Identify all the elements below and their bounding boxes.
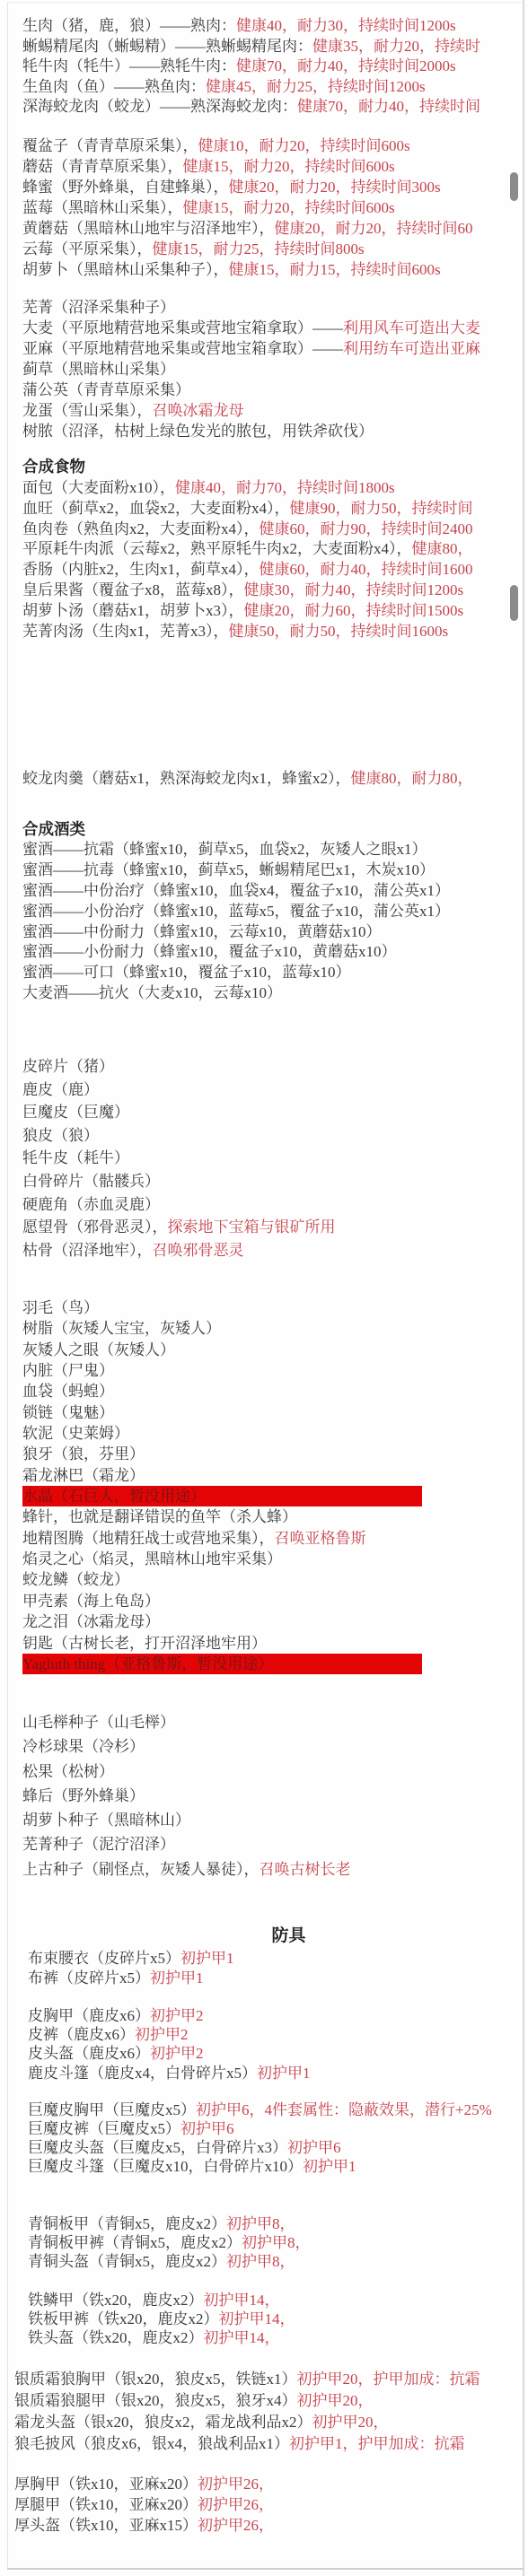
item-text: 蒲公英（青青草原采集） <box>22 381 190 398</box>
item-text: 云莓（平原采集）， <box>22 240 153 258</box>
list-line: 面包（大麦面粉x10），健康40，耐力70，持续时间1800s <box>22 478 524 499</box>
stat-text: 召唤亚格鲁斯 <box>275 1530 366 1547</box>
item-text: 鱼肉卷（熟鱼肉x2，大麦面粉x4）， <box>22 520 260 537</box>
item-text: 青铜板甲（青铜x5，鹿皮x2） <box>28 2215 226 2232</box>
item-text: 枯骨（沼泽地牢）， <box>22 1242 153 1259</box>
item-text: 皮裤（鹿皮x6） <box>28 2026 135 2043</box>
stat-text: 健康35，耐力20，持续时 <box>312 38 480 55</box>
list-line: 布裤（皮碎片x5）初护甲1 <box>28 1969 524 1988</box>
stat-text: 召唤冰霜龙母 <box>153 402 244 419</box>
item-text: 上古种子（刷怪点，灰矮人暴徒）， <box>22 1861 260 1878</box>
list-line: 蓝莓（黑暗林山采集），健康15，耐力20，持续时间600s <box>22 197 524 218</box>
item-text: 血袋（蚂蝗） <box>22 1383 114 1400</box>
stat-text: 健康15，耐力25，持续时间800s <box>153 240 365 258</box>
item-text: 蜜酒——小份治疗（蜂蜜x10，蓝莓x5，覆盆子x10，蒲公英x1） <box>22 903 450 920</box>
list-line: 蜥蜴精尾肉（蜥蜴精）——熟蜥蜴精尾肉：健康35，耐力20，持续时 <box>22 37 524 57</box>
list-line: 上古种子（刷怪点，灰矮人暴徒），召唤古树长老 <box>22 1857 524 1882</box>
item-text: 牦牛肉（牦牛）——熟牦牛肉： <box>22 57 236 74</box>
cooked-meat-list: 生肉（猪，鹿，狼）——熟肉：健康40，耐力30，持续时间1200s蜥蜴精尾肉（蜥… <box>0 16 524 118</box>
item-text: 厚腿甲（铁x10，亚麻x20） <box>14 2496 198 2513</box>
list-line: 蘑菇（青青草原采集），健康15，耐力20，持续时间600s <box>22 156 524 177</box>
list-line: 大麦酒——抗火（大麦x10，云莓x10） <box>22 983 524 1004</box>
item-text: 霜龙头盔（银x20，狼皮x2，霜龙战利品x2） <box>14 2414 312 2431</box>
stat-text: 初护甲6，4件套属性：隐蔽效果，潜行+25% <box>196 2101 492 2118</box>
list-line: 硬鹿角（赤血灵鹿） <box>22 1193 524 1217</box>
list-line: 胡萝卜（黑暗林山采集种子），健康15，耐力15，持续时间600s <box>22 259 524 280</box>
list-line: 蜜酒——抗毒（蜂蜜x10，蓟草x5，蜥蜴精尾巴x1，木炭x10） <box>22 860 524 881</box>
list-line: 血袋（蚂蝗） <box>22 1381 524 1402</box>
page-border-right <box>523 0 524 2576</box>
stat-text: 初护甲6 <box>287 2139 341 2156</box>
list-line: 锁链（鬼魅） <box>22 1402 524 1423</box>
item-text: 胡萝卜（黑暗林山采集种子）， <box>22 261 229 278</box>
silver-armor-list: 银质霜狼胸甲（银x20，狼皮x5，铁链x1）初护甲20，护甲加成：抗霜银质霜狼腿… <box>0 2369 524 2455</box>
item-text: 黄蘑菇（黑暗林山地牢与沼泽地牢）， <box>22 220 275 237</box>
stat-text: 健康15，耐力20，持续时间600s <box>183 158 395 175</box>
item-text: 铁头盔（铁x20，鹿皮x2） <box>28 2329 204 2346</box>
list-line: 巨魔皮胸甲（巨魔皮x5）初护甲6，4件套属性：隐蔽效果，潜行+25% <box>28 2100 524 2119</box>
stat-text: 初护甲20，护甲加成：抗霜 <box>297 2371 480 2388</box>
item-text: 龙之泪（冰霜龙母） <box>22 1613 160 1630</box>
stat-text: 健康20，耐力20，持续时间60 <box>275 220 473 237</box>
stat-text: 健康45，耐力25，持续时间1200s <box>206 78 426 95</box>
list-line: 羽毛（鸟） <box>22 1297 524 1318</box>
list-line: 皮头盔（鹿皮x6）初护甲2 <box>28 2044 524 2063</box>
stat-text: 初护甲2 <box>150 2045 204 2062</box>
section-header: 防具 <box>54 1925 524 1946</box>
item-text: 硬鹿角（赤血灵鹿） <box>22 1196 160 1213</box>
item-text: 灰矮人之眼（灰矮人） <box>22 1341 175 1358</box>
item-text: 蜜酒——可口（蜂蜜x10，覆盆子x10，蓝莓x10） <box>22 964 351 981</box>
list-line: 大麦（平原地精营地采集或营地宝箱拿取）——利用风车可造出大麦 <box>22 318 524 338</box>
list-line: 蛟龙鳞（蛟龙） <box>22 1569 524 1590</box>
list-line: 胡萝卜汤（蘑菇x1，胡萝卜x3），健康20，耐力60，持续时间1500s <box>22 601 524 622</box>
list-line: 青铜板甲（青铜x5，鹿皮x2）初护甲8， <box>28 2214 524 2233</box>
list-line: 黄蘑菇（黑暗林山地牢与沼泽地牢），健康20，耐力20，持续时间60 <box>22 218 524 239</box>
stat-text: 初护甲8， <box>226 2215 295 2232</box>
item-text: 蜜酒——小份耐力（蜂蜜x10，覆盆子x10，黄蘑菇x10） <box>22 943 397 960</box>
stat-text: 初护甲14， <box>219 2310 295 2327</box>
stat-text: 初护甲26， <box>198 2476 274 2493</box>
item-text: 芜菁（沼泽采集种子） <box>22 299 175 316</box>
list-line: 蜂蜜（野外蜂巢，自建蜂巢），健康20，耐力20，持续时间300s <box>22 177 524 197</box>
list-line: 蒲公英（青青草原采集） <box>22 380 524 400</box>
list-line: 巨魔皮斗篷（巨魔皮x10，白骨碎片x10）初护甲1 <box>28 2157 524 2176</box>
list-line: 焰灵之心（焰灵，黑暗林山地牢采集） <box>22 1549 524 1569</box>
stat-text: 健康60，耐力90，持续时间2400 <box>260 520 473 537</box>
list-line: 生肉（猪，鹿，狼）——熟肉：健康40，耐力30，持续时间1200s <box>22 16 524 37</box>
plant-material-list: 芜菁（沼泽采集种子）大麦（平原地精营地采集或营地宝箱拿取）——利用风车可造出大麦… <box>0 297 524 441</box>
stat-text: 健康60，耐力40，持续时间1600 <box>260 561 473 578</box>
list-line: 白骨碎片（骷髅兵） <box>22 1170 524 1193</box>
list-line: 蜜酒——中份治疗（蜂蜜x10，血袋x4，覆盆子x10，蒲公英x1） <box>22 881 524 902</box>
iron-armor-list: 铁鳞甲（铁x20，鹿皮x2）初护甲14，铁板甲裤（铁x20，鹿皮x2）初护甲14… <box>0 2291 524 2347</box>
mead-section-header: 合成酒类 <box>0 819 524 840</box>
item-text: 皮头盔（鹿皮x6） <box>28 2045 150 2062</box>
stat-text: 初护甲20， <box>312 2414 389 2431</box>
stat-text: 健康90，耐力50，持续时间 <box>290 500 473 517</box>
item-text: 冷杉球果（冷杉） <box>22 1738 145 1755</box>
list-line: 青铜板甲裤（青铜x5，鹿皮x2）初护甲8， <box>28 2233 524 2252</box>
list-line: 蜜酒——小份耐力（蜂蜜x10，覆盆子x10，黄蘑菇x10） <box>22 942 524 963</box>
list-line: 铁头盔（铁x20，鹿皮x2）初护甲14， <box>28 2328 524 2347</box>
item-text: 软泥（史莱姆） <box>22 1425 129 1442</box>
stat-text: 健康20，耐力60，持续时间1500s <box>244 602 464 619</box>
item-text: 巨魔皮（巨魔） <box>22 1104 129 1121</box>
list-line: 愿望骨（邪骨恶灵），探索地下宝箱与银矿所用 <box>22 1216 524 1239</box>
item-text: 布裤（皮碎片x5） <box>28 1969 150 1987</box>
list-line: 山毛榉种子（山毛榉） <box>22 1710 524 1734</box>
scrollbar-thumb[interactable] <box>510 585 518 621</box>
stat-text: 召唤古树长老 <box>260 1861 351 1878</box>
item-text: 血旺（蓟草x2，血袋x2，大麦面粉x4）， <box>22 500 290 517</box>
item-text: 面包（大麦面粉x10）， <box>22 479 175 496</box>
stat-text: 健康40，耐力30，持续时间1200s <box>236 17 456 34</box>
item-text: 蛟龙肉羹（蘑菇x1，熟深海蛟龙肉x1，蜂蜜x2）， <box>22 770 351 787</box>
highlighted-line: 水晶（石巨人，暂没用途） <box>22 1486 524 1506</box>
cloth-armor-list: 布束腰衣（皮碎片x5）初护甲1布裤（皮碎片x5）初护甲1 <box>0 1949 524 1988</box>
list-line: 枯骨（沼泽地牢），召唤邪骨恶灵 <box>22 1239 524 1262</box>
list-line: 蜜酒——可口（蜂蜜x10，覆盆子x10，蓝莓x10） <box>22 963 524 983</box>
item-text: 树脓（沼泽，枯树上绿色发光的脓包，用铁斧砍伐） <box>22 423 374 440</box>
stat-text: 健康70，耐力40，持续时间 <box>297 98 480 115</box>
list-line: 皇后果酱（覆盆子x8，蓝莓x8），健康30，耐力40，持续时间1200s <box>22 581 524 601</box>
stat-text: 健康80，耐力80， <box>351 770 473 787</box>
item-text: 羽毛（鸟） <box>22 1299 99 1316</box>
item-text: 钥匙（古树长老，打开沼泽地牢用） <box>22 1635 267 1652</box>
highlight-text: 水晶（石巨人，暂没用途） <box>22 1486 422 1506</box>
item-text: 鹿皮（鹿） <box>22 1081 99 1098</box>
list-line: 灰矮人之眼（灰矮人） <box>22 1340 524 1360</box>
list-line: 厚腿甲（铁x10，亚麻x20）初护甲26， <box>14 2494 524 2515</box>
item-text: 厚头盔（铁x10，亚麻x15） <box>14 2517 198 2534</box>
list-line: 牦牛肉（牦牛）——熟牦牛肉：健康70，耐力40，持续时间2000s <box>22 57 524 77</box>
stat-text: 初护甲14， <box>204 2292 280 2309</box>
stat-text: 初护甲8， <box>226 2253 295 2270</box>
list-line: 鹿皮（鹿） <box>22 1078 524 1102</box>
leather-armor-list: 皮胸甲（鹿皮x6）初护甲2皮裤（鹿皮x6）初护甲2皮头盔（鹿皮x6）初护甲2鹿皮… <box>0 2006 524 2083</box>
stat-text: 初护甲1 <box>303 2158 356 2175</box>
item-text: 香肠（内脏x2，生肉x1，蓟草x4）， <box>22 561 260 578</box>
forage-food-list: 覆盆子（青青草原采集），健康10，耐力20，持续时间600s蘑菇（青青草原采集）… <box>0 135 524 280</box>
list-line: 龙之泪（冰霜龙母） <box>22 1611 524 1632</box>
list-line: 深海蛟龙肉（蛟龙）——熟深海蛟龙肉：健康70，耐力40，持续时间 <box>22 97 524 118</box>
stat-text: 健康30，耐力40，持续时间1200s <box>244 581 464 598</box>
list-line: 铁板甲裤（铁x20，鹿皮x2）初护甲14， <box>28 2310 524 2328</box>
serpent-stew-line: 蛟龙肉羹（蘑菇x1，熟深海蛟龙肉x1，蜂蜜x2），健康80，耐力80， <box>0 768 524 789</box>
item-text: 牦牛皮（耗牛） <box>22 1149 129 1166</box>
list-line: 皮裤（鹿皮x6）初护甲2 <box>28 2025 524 2044</box>
item-text: 蜂蜜（野外蜂巢，自建蜂巢）， <box>22 179 229 196</box>
list-line: 厚胸甲（铁x10，亚麻x20）初护甲26， <box>14 2474 524 2494</box>
list-line: 龙蛋（雪山采集），召唤冰霜龙母 <box>22 400 524 421</box>
drop-list: 羽毛（鸟）树脂（灰矮人宝宝，灰矮人）灰矮人之眼（灰矮人）内脏（尸鬼）血袋（蚂蝗）… <box>0 1297 524 1674</box>
item-text: 银质霜狼腿甲（银x20，狼皮x5，狼牙x4） <box>14 2392 297 2409</box>
item-text: 蜥蜴精尾肉（蜥蜴精）——熟蜥蜴精尾肉： <box>22 38 312 55</box>
stat-text: 探索地下宝箱与银矿所用 <box>168 1218 336 1236</box>
list-line: 平原耗牛肉派（云莓x2，熟平原牦牛肉x2，大麦面粉x4），健康80， <box>22 539 524 560</box>
list-line: 鹿皮斗篷（鹿皮x4，白骨碎片x5）初护甲1 <box>28 2064 524 2083</box>
list-line: 厚头盔（铁x10，亚麻x15）初护甲26， <box>14 2515 524 2536</box>
item-text: 鹿皮斗篷（鹿皮x4，白骨碎片x5） <box>28 2065 257 2082</box>
seed-list: 山毛榉种子（山毛榉）冷杉球果（冷杉）松果（松树）蜂后（野外蜂巢）胡萝卜种子（黑暗… <box>0 1710 524 1882</box>
list-line: 蜂针，也就是翻译错误的鱼竿（杀人蜂） <box>22 1506 524 1527</box>
list-line: 甲壳素（海上龟岛） <box>22 1591 524 1611</box>
item-text: 铁鳞甲（铁x20，鹿皮x2） <box>28 2292 204 2309</box>
stat-text: 初护甲1 <box>257 2065 311 2082</box>
stat-text: 召唤邪骨恶灵 <box>153 1242 244 1259</box>
list-line: 树脓（沼泽，枯树上绿色发光的脓包，用铁斧砍伐） <box>22 421 524 441</box>
list-line: 地精图腾（地精狂战士或营地采集），召唤亚格鲁斯 <box>22 1528 524 1549</box>
list-line: 亚麻（平原地精营地采集或营地宝箱拿取）——利用纺车可造出亚麻 <box>22 338 524 359</box>
item-text: 厚胸甲（铁x10，亚麻x20） <box>14 2476 198 2493</box>
item-text: 青铜板甲裤（青铜x5，鹿皮x2） <box>28 2234 242 2251</box>
stat-text: 健康50，耐力50，持续时间1600s <box>229 623 449 640</box>
item-text: 狼皮（狼） <box>22 1127 99 1144</box>
stat-text: 初护甲6 <box>180 2120 234 2137</box>
list-line: 蜜酒——抗霜（蜂蜜x10，蓟草x5，血袋x2，灰矮人之眼x1） <box>22 840 524 860</box>
item-text: 狼毛披风（狼皮x6，银x4，狼战利品x1） <box>14 2435 289 2452</box>
stat-text: 初护甲14， <box>204 2329 280 2346</box>
stat-text: 初护甲20， <box>297 2392 374 2409</box>
stat-text: 健康80， <box>412 540 473 557</box>
troll-armor-list: 巨魔皮胸甲（巨魔皮x5）初护甲6，4件套属性：隐蔽效果，潜行+25%巨魔皮裤（巨… <box>0 2100 524 2176</box>
item-text: 巨魔皮胸甲（巨魔皮x5） <box>28 2101 196 2118</box>
list-line: 胡萝卜种子（黑暗林山） <box>22 1808 524 1832</box>
list-line: 银质霜狼胸甲（银x20，狼皮x5，铁链x1）初护甲20，护甲加成：抗霜 <box>14 2369 524 2390</box>
list-line: 生鱼肉（鱼）——熟鱼肉：健康45，耐力25，持续时间1200s <box>22 77 524 98</box>
item-text: 白骨碎片（骷髅兵） <box>22 1173 160 1190</box>
stat-text: 初护甲8， <box>242 2234 311 2251</box>
stat-text: 健康40，耐力70，持续时间1800s <box>175 479 395 496</box>
list-line: 芜菁（沼泽采集种子） <box>22 297 524 318</box>
list-line: 狼毛披风（狼皮x6，银x4，狼战利品x1）初护甲1，护甲加成：抗霜 <box>14 2433 524 2455</box>
stat-text: 健康15，耐力15，持续时间600s <box>229 261 441 278</box>
highlight-text: Yagluth thing（亚格鲁斯，暂没用途） <box>22 1654 422 1674</box>
document-body: 生肉（猪，鹿，狼）——熟肉：健康40，耐力30，持续时间1200s蜥蜴精尾肉（蜥… <box>0 0 528 2576</box>
list-line: 血旺（蓟草x2，血袋x2，大麦面粉x4），健康90，耐力50，持续时间 <box>22 499 524 520</box>
item-text: 银质霜狼胸甲（银x20，狼皮x5，铁链x1） <box>14 2371 297 2388</box>
item-text: 亚麻（平原地精营地采集或营地宝箱拿取）—— <box>22 340 343 357</box>
item-text: 焰灵之心（焰灵，黑暗林山地牢采集） <box>22 1550 282 1567</box>
list-line: 香肠（内脏x2，生肉x1，蓟草x4），健康60，耐力40，持续时间1600 <box>22 560 524 581</box>
scrollbar-thumb[interactable] <box>510 172 518 201</box>
item-text: 青铜头盔（青铜x5，鹿皮x2） <box>28 2253 226 2270</box>
section-header-label: 防具 <box>271 1926 305 1945</box>
item-text: 巨魔皮裤（巨魔皮x5） <box>28 2120 180 2137</box>
item-text: 蓝莓（黑暗林山采集）， <box>22 199 183 216</box>
armor-section-header: 防具 <box>0 1925 524 1946</box>
list-line: 银质霜狼腿甲（银x20，狼皮x5，狼牙x4）初护甲20， <box>14 2390 524 2412</box>
list-line: 巨魔皮（巨魔） <box>22 1101 524 1124</box>
section-header-label: 合成食物 <box>22 458 85 476</box>
list-line: 蛟龙肉羹（蘑菇x1，熟深海蛟龙肉x1，蜂蜜x2），健康80，耐力80， <box>22 768 524 789</box>
page-border-top <box>7 2 524 3</box>
list-line: 霜龙淋巴（霜龙） <box>22 1465 524 1486</box>
section-header-label: 合成酒类 <box>22 820 85 838</box>
item-text: 狼牙（狼，芬里） <box>22 1445 145 1463</box>
stat-text: 健康15，耐力20，持续时间600s <box>183 199 395 216</box>
list-line: 布束腰衣（皮碎片x5）初护甲1 <box>28 1949 524 1969</box>
item-text: 愿望骨（邪骨恶灵）， <box>22 1218 168 1236</box>
page-border-bottom <box>7 2568 524 2570</box>
stat-text: 健康10，耐力20，持续时间600s <box>198 137 410 154</box>
item-text: 龙蛋（雪山采集）， <box>22 402 153 419</box>
list-line: 冷杉球果（冷杉） <box>22 1734 524 1759</box>
list-line: 霜龙头盔（银x20，狼皮x2，霜龙战利品x2）初护甲20， <box>14 2412 524 2433</box>
item-text: 蘑菇（青青草原采集）， <box>22 158 183 175</box>
list-line: 芜菁种子（泥泞沼泽） <box>22 1832 524 1856</box>
stat-text: 利用风车可造出大麦 <box>343 319 480 336</box>
list-line: 皮胸甲（鹿皮x6）初护甲2 <box>28 2006 524 2025</box>
list-line: 蜜酒——小份治疗（蜂蜜x10，蓝莓x5，覆盆子x10，蒲公英x1） <box>22 902 524 922</box>
highlighted-line: Yagluth thing（亚格鲁斯，暂没用途） <box>22 1654 524 1674</box>
item-text: 山毛榉种子（山毛榉） <box>22 1714 175 1731</box>
stat-text: 利用纺车可造出亚麻 <box>343 340 480 357</box>
list-line: 巨魔皮裤（巨魔皮x5）初护甲6 <box>28 2119 524 2138</box>
section-header: 合成食物 <box>22 457 524 477</box>
item-text: 蜜酒——抗霜（蜂蜜x10，蓟草x5，血袋x2，灰矮人之眼x1） <box>22 841 427 858</box>
item-text: 布束腰衣（皮碎片x5） <box>28 1950 180 1967</box>
item-text: 平原耗牛肉派（云莓x2，熟平原牦牛肉x2，大麦面粉x4）， <box>22 540 412 557</box>
item-text: 树脂（灰矮人宝宝，灰矮人） <box>22 1320 221 1337</box>
item-text: 芜菁种子（泥泞沼泽） <box>22 1836 175 1853</box>
item-text: 霜龙淋巴（霜龙） <box>22 1467 145 1484</box>
food-section-header: 合成食物 <box>0 457 524 477</box>
item-text: 松果（松树） <box>22 1763 114 1780</box>
crafted-food-list: 面包（大麦面粉x10），健康40，耐力70，持续时间1800s血旺（蓟草x2，血… <box>0 478 524 642</box>
stat-text: 初护甲1 <box>180 1950 234 1967</box>
item-text: 蜂后（野外蜂巢） <box>22 1787 145 1804</box>
list-line: 内脏（尸鬼） <box>22 1360 524 1381</box>
item-text: 生肉（猪，鹿，狼）——熟肉： <box>22 17 236 34</box>
item-text: 胡萝卜种子（黑暗林山） <box>22 1812 190 1829</box>
page-border-left <box>7 2 8 2569</box>
stat-text: 初护甲2 <box>135 2026 189 2043</box>
item-text: 内脏（尸鬼） <box>22 1362 114 1379</box>
item-text: 地精图腾（地精狂战士或营地采集）， <box>22 1530 275 1547</box>
list-line: 钥匙（古树长老，打开沼泽地牢用） <box>22 1633 524 1654</box>
stat-text: 初护甲26， <box>198 2496 274 2513</box>
item-text: 蜜酒——抗毒（蜂蜜x10，蓟草x5，蜥蜴精尾巴x1，木炭x10） <box>22 861 435 878</box>
stat-text: 初护甲2 <box>150 2007 204 2024</box>
item-text: 芜菁肉汤（生肉x1，芜菁x3）， <box>22 623 229 640</box>
item-text: 巨魔皮头盔（巨魔皮x5，白骨碎片x3） <box>28 2139 287 2156</box>
item-text: 巨魔皮斗篷（巨魔皮x10，白骨碎片x10） <box>28 2158 303 2175</box>
list-line: 软泥（史莱姆） <box>22 1423 524 1444</box>
item-text: 皮碎片（猪） <box>22 1058 114 1075</box>
list-line: 铁鳞甲（铁x20，鹿皮x2）初护甲14， <box>28 2291 524 2310</box>
list-line: 皮碎片（猪） <box>22 1055 524 1078</box>
list-line: 蜂后（野外蜂巢） <box>22 1784 524 1808</box>
item-text: 蓟草（黑暗林山采集） <box>22 361 175 378</box>
item-text: 锁链（鬼魅） <box>22 1404 114 1421</box>
list-line: 覆盆子（青青草原采集），健康10，耐力20，持续时间600s <box>22 135 524 156</box>
item-text: 甲壳素（海上龟岛） <box>22 1593 160 1610</box>
stat-text: 初护甲1，护甲加成：抗霜 <box>289 2435 465 2452</box>
stat-text: 健康20，耐力20，持续时间300s <box>229 179 441 196</box>
mead-list: 蜜酒——抗霜（蜂蜜x10，蓟草x5，血袋x2，灰矮人之眼x1）蜜酒——抗毒（蜂蜜… <box>0 840 524 1004</box>
stat-text: 初护甲26， <box>198 2517 274 2534</box>
item-text: 蜜酒——中份耐力（蜂蜜x10，云莓x10，黄蘑菇x10） <box>22 923 382 940</box>
list-line: 狼牙（狼，芬里） <box>22 1444 524 1464</box>
item-text: 蜜酒——中份治疗（蜂蜜x10，血袋x4，覆盆子x10，蒲公英x1） <box>22 882 450 899</box>
stat-text: 健康70，耐力40，持续时间2000s <box>236 57 456 74</box>
item-text: 大麦酒——抗火（大麦x10，云莓x10） <box>22 984 282 1001</box>
item-text: 铁板甲裤（铁x20，鹿皮x2） <box>28 2310 219 2327</box>
list-line: 鱼肉卷（熟鱼肉x2，大麦面粉x4），健康60，耐力90，持续时间2400 <box>22 520 524 540</box>
item-text: 覆盆子（青青草原采集）， <box>22 137 198 154</box>
item-text: 胡萝卜汤（蘑菇x1，胡萝卜x3）， <box>22 602 244 619</box>
list-line: 云莓（平原采集），健康15，耐力25，持续时间800s <box>22 239 524 259</box>
list-line: 芜菁肉汤（生肉x1，芜菁x3），健康50，耐力50，持续时间1600s <box>22 622 524 642</box>
section-header: 合成酒类 <box>22 819 524 840</box>
hide-list: 皮碎片（猪）鹿皮（鹿）巨魔皮（巨魔）狼皮（狼）牦牛皮（耗牛）白骨碎片（骷髅兵）硬… <box>0 1055 524 1262</box>
list-line: 牦牛皮（耗牛） <box>22 1147 524 1170</box>
list-line: 狼皮（狼） <box>22 1124 524 1148</box>
bronze-armor-list: 青铜板甲（青铜x5，鹿皮x2）初护甲8，青铜板甲裤（青铜x5，鹿皮x2）初护甲8… <box>0 2214 524 2271</box>
item-text: 大麦（平原地精营地采集或营地宝箱拿取）—— <box>22 319 343 336</box>
item-text: 皮胸甲（鹿皮x6） <box>28 2007 150 2024</box>
item-text: 蜂针，也就是翻译错误的鱼竿（杀人蜂） <box>22 1508 297 1525</box>
item-text: 皇后果酱（覆盆子x8，蓝莓x8）， <box>22 581 244 598</box>
list-line: 松果（松树） <box>22 1760 524 1784</box>
stat-text: 初护甲1 <box>150 1969 204 1987</box>
list-line: 蓟草（黑暗林山采集） <box>22 359 524 380</box>
item-text: 深海蛟龙肉（蛟龙）——熟深海蛟龙肉： <box>22 98 297 115</box>
list-line: 蜜酒——中份耐力（蜂蜜x10，云莓x10，黄蘑菇x10） <box>22 922 524 943</box>
padded-armor-list: 厚胸甲（铁x10，亚麻x20）初护甲26，厚腿甲（铁x10，亚麻x20）初护甲2… <box>0 2474 524 2536</box>
list-line: 巨魔皮头盔（巨魔皮x5，白骨碎片x3）初护甲6 <box>28 2138 524 2157</box>
list-line: 树脂（灰矮人宝宝，灰矮人） <box>22 1318 524 1339</box>
item-text: 蛟龙鳞（蛟龙） <box>22 1571 129 1588</box>
item-text: 生鱼肉（鱼）——熟鱼肉： <box>22 78 206 95</box>
list-line: 青铜头盔（青铜x5，鹿皮x2）初护甲8， <box>28 2252 524 2271</box>
